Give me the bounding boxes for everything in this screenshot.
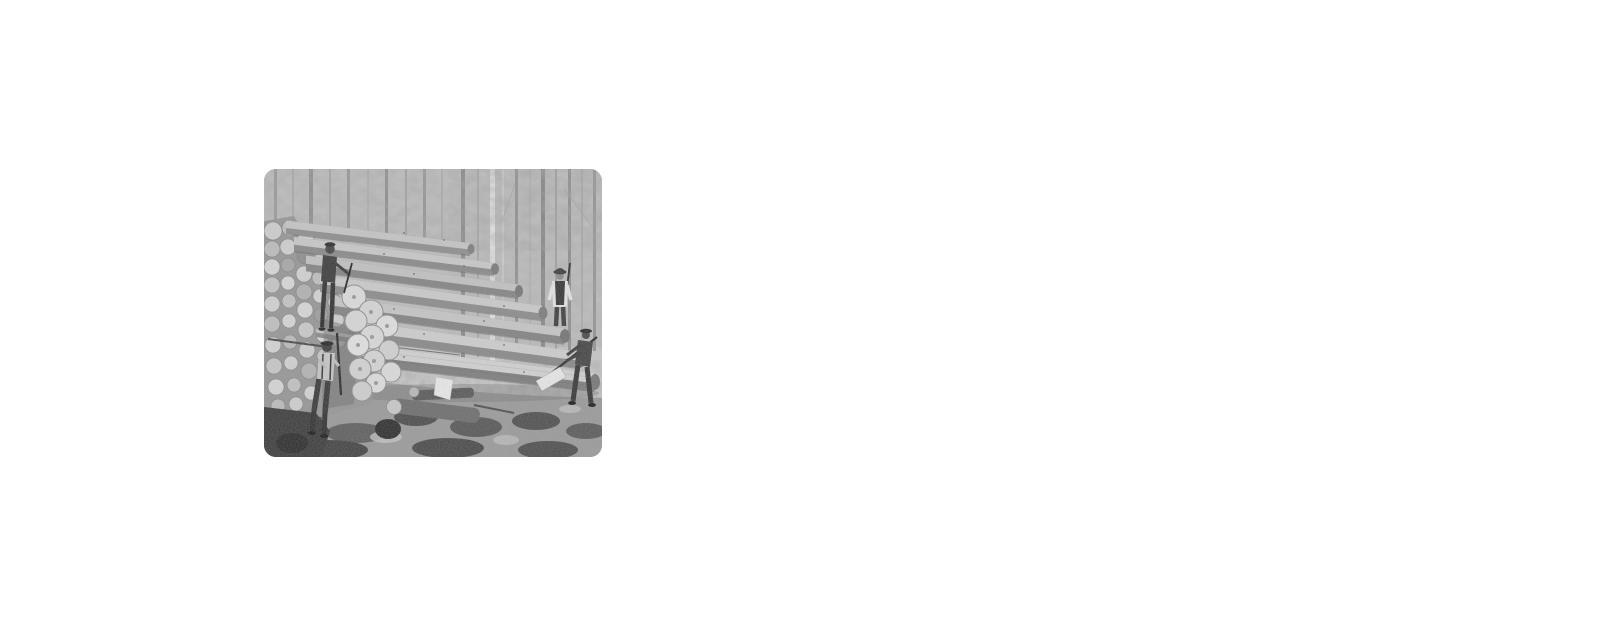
film-grain-overlay <box>264 169 602 457</box>
page-background <box>0 0 1600 619</box>
logging-photo <box>264 169 602 457</box>
logging-photo-illustration <box>264 169 602 457</box>
